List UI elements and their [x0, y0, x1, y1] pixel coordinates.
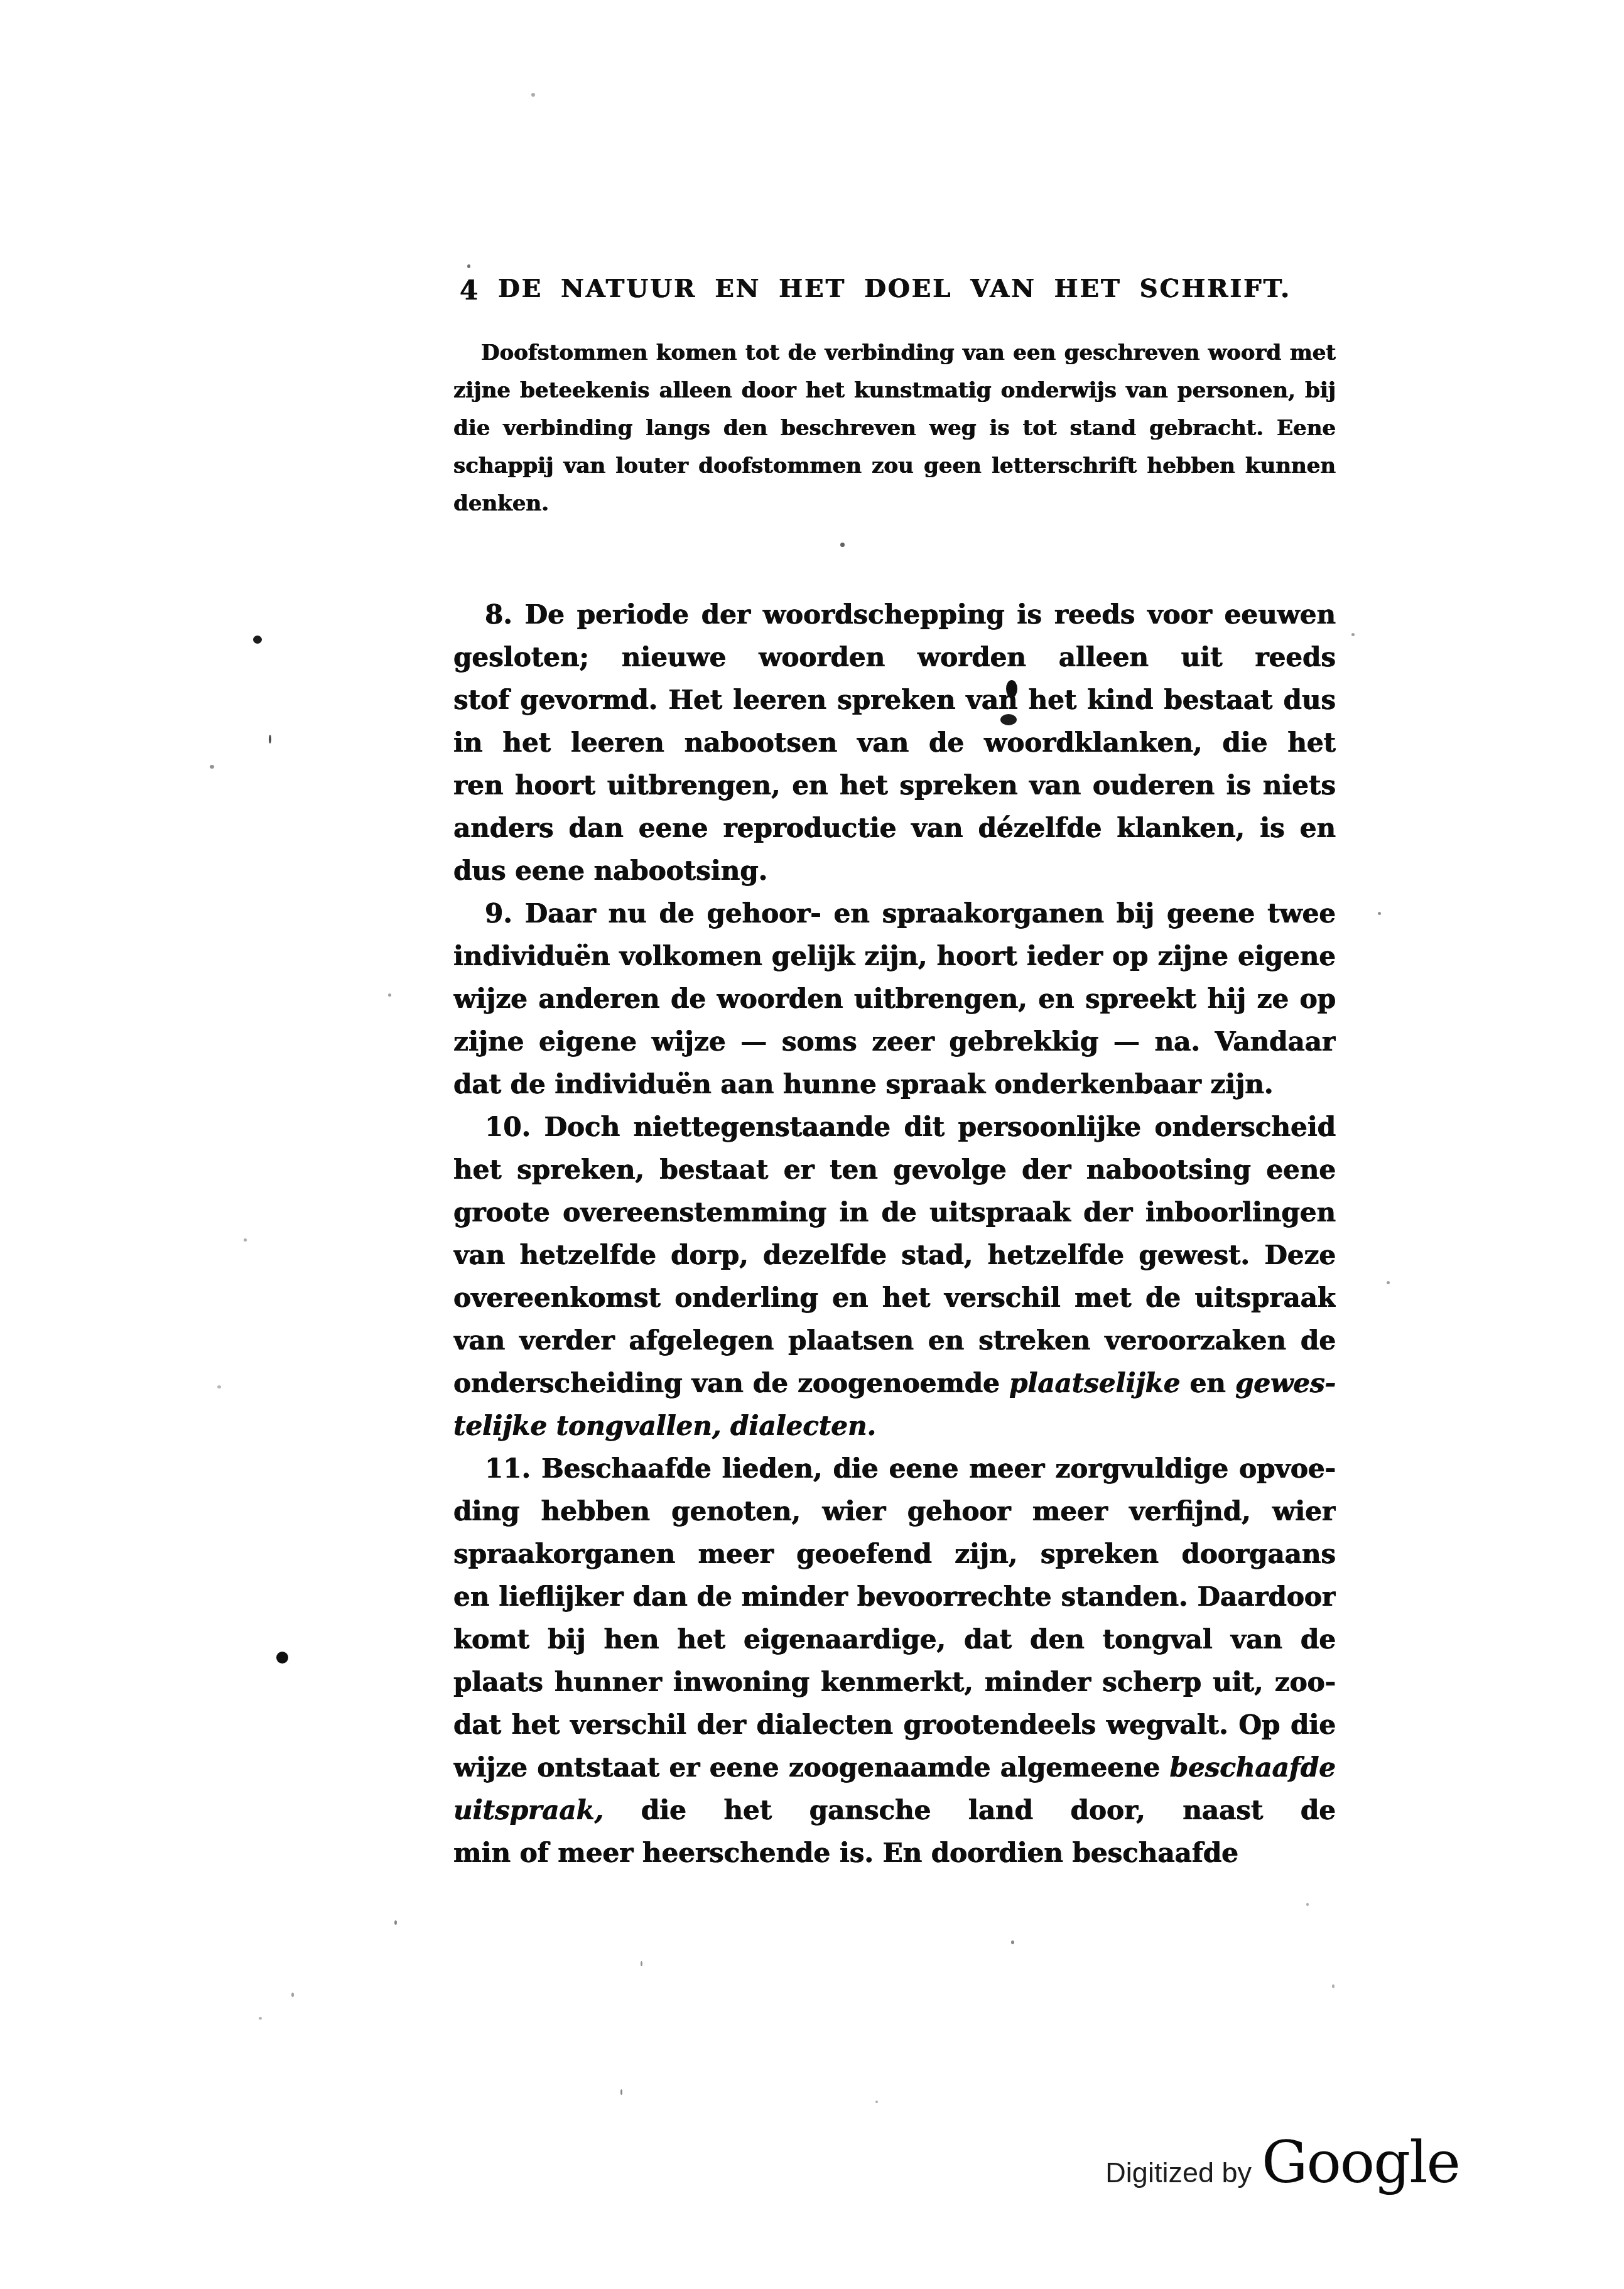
text-line: in het leeren nabootsen van de woordklan…: [453, 722, 1336, 764]
scan-speck: [244, 1238, 247, 1242]
scan-speck: [1332, 1984, 1334, 1988]
text-line: zijne eigene wijze — soms zeer gebrekkig…: [453, 1020, 1336, 1063]
scan-speck: [210, 765, 214, 769]
scan-speck: [1006, 680, 1017, 698]
scan-speck: [259, 2017, 262, 2020]
text-line: ding hebben genoten, wier gehoor meer ve…: [453, 1490, 1336, 1533]
scan-speck: [875, 2101, 878, 2103]
scan-speck: [394, 1920, 397, 1925]
scan-speck: [1378, 912, 1381, 915]
text-line: het spreken, bestaat er ten gevolge der …: [453, 1149, 1336, 1191]
text-line: individuën volkomen gelijk zijn, hoort i…: [453, 935, 1336, 978]
scan-speck: [276, 1652, 288, 1664]
text-line: gesloten; nieuwe woorden worden alleen u…: [453, 636, 1336, 679]
scan-speck: [1351, 633, 1355, 636]
scan-speck: [253, 636, 262, 644]
text-line: dat het verschil der dialecten grootende…: [453, 1704, 1336, 1746]
scan-speck: [620, 2089, 622, 2095]
scan-speck: [217, 1385, 221, 1388]
text-line: onderscheiding van de zoogenoemde plaats…: [453, 1362, 1336, 1405]
scan-speck: [291, 1993, 294, 1997]
google-logo: Google: [1262, 2129, 1459, 2196]
text-line: wijze anderen de woorden uitbrengen, en …: [453, 978, 1336, 1020]
running-header: 4 DE NATUUR EN HET DOEL VAN HET SCHRIFT.: [453, 274, 1336, 310]
page-number: 4: [460, 275, 478, 306]
text-line: dus eene nabootsing.: [453, 850, 1336, 892]
scan-speck: [388, 993, 391, 997]
text-line: 10. Doch niettegenstaande dit persoonlij…: [453, 1106, 1336, 1149]
text-line: overeenkomst onderling en het verschil m…: [453, 1277, 1336, 1319]
scan-speck: [467, 264, 470, 268]
scan-speck: [1011, 1940, 1014, 1944]
text-line: denken.: [453, 485, 1336, 522]
text-line: dat de individuën aan hunne spraak onder…: [453, 1063, 1336, 1106]
scan-speck: [1387, 1281, 1390, 1284]
digitized-by-label: Digitized by: [1105, 2156, 1252, 2189]
text-line: plaats hunner inwoning kenmerkt, minder …: [453, 1661, 1336, 1704]
scan-speck: [840, 543, 845, 547]
text-line: komt bij hen het eigenaardige, dat den t…: [453, 1618, 1336, 1661]
text-line: Doofstommen komen tot de verbinding van …: [453, 334, 1336, 372]
scanned-book-page: 4 DE NATUUR EN HET DOEL VAN HET SCHRIFT.…: [0, 0, 1624, 2289]
scan-speck: [531, 93, 535, 97]
text-line: anders dan eene reproductie van dézelfde…: [453, 807, 1336, 850]
text-line: uitspraak, die het gansche land door, na…: [453, 1789, 1336, 1832]
text-line: zijne beteekenis alleen door het kunstma…: [453, 372, 1336, 409]
text-line: wijze ontstaat er eene zoogenaamde algem…: [453, 1746, 1336, 1789]
running-title: DE NATUUR EN HET DOEL VAN HET SCHRIFT.: [453, 274, 1336, 303]
text-line: die verbinding langs den beschreven weg …: [453, 409, 1336, 447]
scan-speck: [641, 1961, 642, 1966]
text-line: schappij van louter doofstommen zou geen…: [453, 447, 1336, 485]
text-line: 9. Daar nu de gehoor- en spraakorganen b…: [453, 892, 1336, 935]
text-line: en lieflijker dan de minder bevoorrechte…: [453, 1576, 1336, 1618]
text-line: 8. De periode der woordschepping is reed…: [453, 593, 1336, 636]
digitization-watermark: Digitized by Google: [1105, 2129, 1459, 2196]
intro-smallprint-paragraph: Doofstommen komen tot de verbinding van …: [453, 334, 1336, 522]
text-line: spraakorganen meer geoefend zijn, spreke…: [453, 1533, 1336, 1576]
text-line: van hetzelfde dorp, dezelfde stad, hetze…: [453, 1234, 1336, 1277]
main-body-text: 8. De periode der woordschepping is reed…: [453, 593, 1336, 1875]
text-line: van verder afgelegen plaatsen en streken…: [453, 1319, 1336, 1362]
scan-speck: [269, 735, 271, 744]
text-line: ren hoort uitbrengen, en het spreken van…: [453, 764, 1336, 807]
text-line: groote overeenstemming in de uitspraak d…: [453, 1191, 1336, 1234]
text-line: 11. Beschaafde lieden, die eene meer zor…: [453, 1448, 1336, 1490]
text-line: min of meer heerschende is. En doordien …: [453, 1832, 1336, 1875]
scan-speck: [1306, 1903, 1309, 1906]
text-line: telijke tongvallen, dialecten.: [453, 1405, 1336, 1448]
scan-speck: [1000, 714, 1017, 725]
text-line: stof gevormd. Het leeren spreken van het…: [453, 679, 1336, 722]
